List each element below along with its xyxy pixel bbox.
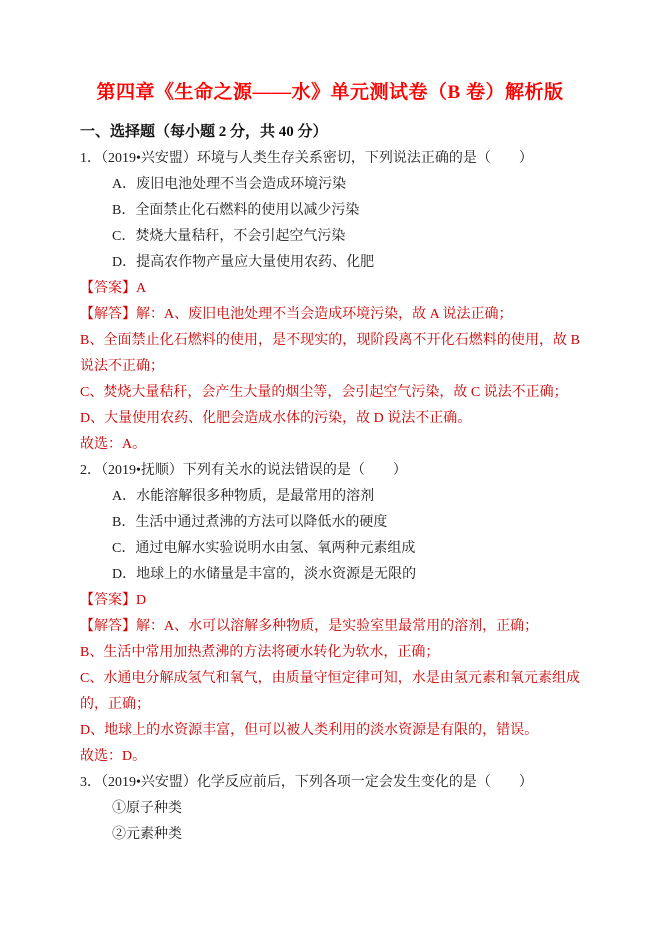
option-c: C．焚烧大量秸秆，不会引起空气污染: [80, 224, 580, 250]
option-b: B．生活中通过煮沸的方法可以降低水的硬度: [80, 510, 580, 536]
explanation-paragraph: 【解答】解：A、废旧电池处理不当会造成环境污染，故 A 说法正确；: [80, 302, 580, 328]
question-block-2: 2．（2019•抚顺）下列有关水的说法错误的是（ ） A．水能溶解很多种物质，是…: [80, 458, 580, 770]
option-a: A．废旧电池处理不当会造成环境污染: [80, 172, 580, 198]
section-heading: 一、选择题（每小题 2 分，共 40 分）: [80, 118, 580, 146]
question-stem: 1．（2019•兴安盟）环境与人类生存关系密切，下列说法正确的是（ ）: [80, 146, 580, 172]
option-c: C．通过电解水实验说明水由氢、氧两种元素组成: [80, 536, 580, 562]
question-block-3: 3．（2019•兴安盟）化学反应前后，下列各项一定会发生变化的是（ ） ①原子种…: [80, 770, 580, 848]
explanation-paragraph: D、大量使用农药、化肥会造成水体的污染，故 D 说法不正确。: [80, 406, 580, 432]
answer-line: 【答案】D: [80, 588, 580, 614]
answer-line: 【答案】A: [80, 276, 580, 302]
explanation-paragraph: B、全面禁止化石燃料的使用，是不现实的，现阶段离不开化石燃料的使用，故 B 说法…: [80, 328, 580, 380]
option-b: B．全面禁止化石燃料的使用以减少污染: [80, 198, 580, 224]
conclusion-line: 故选：A。: [80, 432, 580, 458]
question-stem: 2．（2019•抚顺）下列有关水的说法错误的是（ ）: [80, 458, 580, 484]
subitem-2: ②元素种类: [80, 822, 580, 848]
explanation-paragraph: D、地球上的水资源丰富，但可以被人类利用的淡水资源是有限的，错误。: [80, 718, 580, 744]
question-stem: 3．（2019•兴安盟）化学反应前后，下列各项一定会发生变化的是（ ）: [80, 770, 580, 796]
question-block-1: 1．（2019•兴安盟）环境与人类生存关系密切，下列说法正确的是（ ） A．废旧…: [80, 146, 580, 458]
document-title: 第四章《生命之源——水》单元测试卷（B 卷）解析版: [80, 80, 580, 106]
explanation-paragraph: C、水通电分解成氢气和氧气，由质量守恒定律可知，水是由氢元素和氧元素组成的，正确…: [80, 666, 580, 718]
option-d: D．地球上的水储量是丰富的，淡水资源是无限的: [80, 562, 580, 588]
option-d: D．提高农作物产量应大量使用农药、化肥: [80, 250, 580, 276]
explanation-paragraph: C、焚烧大量秸秆，会产生大量的烟尘等，会引起空气污染，故 C 说法不正确；: [80, 380, 580, 406]
document-page: 第四章《生命之源——水》单元测试卷（B 卷）解析版 一、选择题（每小题 2 分，…: [0, 0, 661, 935]
subitem-1: ①原子种类: [80, 796, 580, 822]
explanation-paragraph: B、生活中常用加热煮沸的方法将硬水转化为软水，正确；: [80, 640, 580, 666]
explanation-paragraph: 【解答】解：A、水可以溶解多种物质，是实验室里最常用的溶剂，正确；: [80, 614, 580, 640]
conclusion-line: 故选：D。: [80, 744, 580, 770]
option-a: A．水能溶解很多种物质，是最常用的溶剂: [80, 484, 580, 510]
